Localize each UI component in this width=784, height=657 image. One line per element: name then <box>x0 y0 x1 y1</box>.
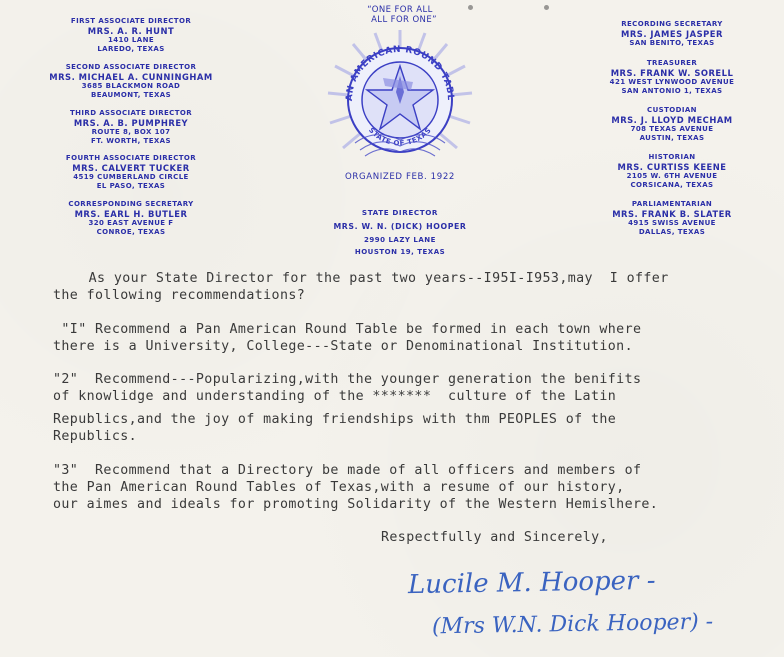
officer-corresponding-secretary: CORRESPONDING SECRETARY MRS. EARL H. BUT… <box>16 200 246 237</box>
officer-title: FOURTH ASSOCIATE DIRECTOR <box>16 154 246 163</box>
officer-third-associate-director: THIRD ASSOCIATE DIRECTOR MRS. A. B. PUMP… <box>16 109 246 146</box>
officer-title: SECOND ASSOCIATE DIRECTOR <box>16 63 246 72</box>
officer-name: MRS. MICHAEL A. CUNNINGHAM <box>16 72 246 82</box>
recommendation-2-line-3: Republics,and the joy of making friendsh… <box>53 412 616 429</box>
recommendation-2-line-1: "2" Recommend---Popularizing,with the yo… <box>53 372 641 389</box>
officer-name: MRS. EARL H. BUTLER <box>16 209 246 219</box>
officer-city: EL PASO, TEXAS <box>16 182 246 191</box>
officer-address: 3685 BLACKMON ROAD <box>16 82 246 91</box>
organized-date: ORGANIZED FEB. 1922 <box>300 172 500 182</box>
officer-address: 1410 LANE <box>16 36 246 45</box>
officer-title: PARLIAMENTARIAN <box>560 200 784 209</box>
officer-city: CORSICANA, TEXAS <box>560 181 784 190</box>
officer-city: LAREDO, TEXAS <box>16 45 246 54</box>
intro-line-2: the following recommendations? <box>53 288 305 305</box>
officer-name: MRS. A. B. PUMPHREY <box>16 118 246 128</box>
state-director-city: HOUSTON 19, TEXAS <box>300 248 500 256</box>
officer-name: MRS. CALVERT TUCKER <box>16 163 246 173</box>
officer-title: CUSTODIAN <box>560 106 784 115</box>
officer-title: TREASURER <box>560 59 784 68</box>
officer-address: 2105 W. 6TH AVENUE <box>560 172 784 181</box>
recommendation-1-line-1: "I" Recommend a Pan American Round Table… <box>53 322 641 339</box>
officer-name: MRS. FRANK B. SLATER <box>560 209 784 219</box>
recommendation-1-line-2: there is a University, College---State o… <box>53 339 633 356</box>
motto-line-1: “ONE FOR ALL <box>300 5 500 15</box>
intro-line-1: As your State Director for the past two … <box>55 271 669 288</box>
officer-city: AUSTIN, TEXAS <box>560 134 784 143</box>
recommendation-3-line-3: our aimes and ideals for promoting Solid… <box>53 497 658 514</box>
officer-name: MRS. FRANK W. SORELL <box>560 68 784 78</box>
officer-title: THIRD ASSOCIATE DIRECTOR <box>16 109 246 118</box>
state-director-title: STATE DIRECTOR <box>300 208 500 217</box>
signature-line-1: Lucile M. Hooper - <box>408 566 656 600</box>
state-director-address: 2990 LAZY LANE <box>300 236 500 244</box>
punch-hole-mark <box>544 5 549 10</box>
officer-city: BEAUMONT, TEXAS <box>16 91 246 100</box>
officer-recording-secretary: RECORDING SECRETARY MRS. JAMES JASPER SA… <box>560 20 784 48</box>
officer-name: MRS. A. R. HUNT <box>16 26 246 36</box>
officer-title: FIRST ASSOCIATE DIRECTOR <box>16 17 246 26</box>
officer-city: SAN ANTONIO 1, TEXAS <box>560 87 784 96</box>
officer-address: 421 WEST LYNWOOD AVENUE <box>560 78 784 87</box>
officer-city: SAN BENITO, TEXAS <box>560 39 784 48</box>
closing: Respectfully and Sincerely, <box>381 530 608 547</box>
officer-city: CONROE, TEXAS <box>16 228 246 237</box>
officer-address: 320 EAST AVENUE F <box>16 219 246 228</box>
motto-line-2: ALL FOR ONE” <box>308 15 500 25</box>
officer-parliamentarian: PARLIAMENTARIAN MRS. FRANK B. SLATER 491… <box>560 200 784 237</box>
officer-first-associate-director: FIRST ASSOCIATE DIRECTOR MRS. A. R. HUNT… <box>16 17 246 54</box>
state-director-name: MRS. W. N. (DICK) HOOPER <box>300 222 500 231</box>
recommendation-3-line-1: "3" Recommend that a Directory be made o… <box>53 463 641 480</box>
officer-address: 708 TEXAS AVENUE <box>560 125 784 134</box>
officer-name: MRS. J. LLOYD MECHAM <box>560 115 784 125</box>
recommendation-3-line-2: the Pan American Round Tables of Texas,w… <box>53 480 625 497</box>
round-table-seal-icon: PAN AMERICAN ROUND TABLE STATE OF TEXAS <box>325 28 475 173</box>
officer-title: RECORDING SECRETARY <box>560 20 784 29</box>
officer-name: MRS. JAMES JASPER <box>560 29 784 39</box>
recommendation-2-line-2: of knowlidge and understanding of the **… <box>53 389 616 406</box>
officer-title: HISTORIAN <box>560 153 784 162</box>
motto: “ONE FOR ALL ALL FOR ONE” <box>300 5 500 25</box>
officer-address: 4915 SWISS AVENUE <box>560 219 784 228</box>
officer-title: CORRESPONDING SECRETARY <box>16 200 246 209</box>
signature-line-2: (Mrs W.N. Dick Hooper) - <box>432 610 714 640</box>
officer-city: DALLAS, TEXAS <box>560 228 784 237</box>
officer-historian: HISTORIAN MRS. CURTISS KEENE 2105 W. 6TH… <box>560 153 784 190</box>
officer-address: ROUTE 8, BOX 107 <box>16 128 246 137</box>
officer-treasurer: TREASURER MRS. FRANK W. SORELL 421 WEST … <box>560 59 784 96</box>
officer-custodian: CUSTODIAN MRS. J. LLOYD MECHAM 708 TEXAS… <box>560 106 784 143</box>
officer-address: 4519 CUMBERLAND CIRCLE <box>16 173 246 182</box>
officer-fourth-associate-director: FOURTH ASSOCIATE DIRECTOR MRS. CALVERT T… <box>16 154 246 191</box>
officer-city: FT. WORTH, TEXAS <box>16 137 246 146</box>
officer-name: MRS. CURTISS KEENE <box>560 162 784 172</box>
officer-second-associate-director: SECOND ASSOCIATE DIRECTOR MRS. MICHAEL A… <box>16 63 246 100</box>
recommendation-2-line-4: Republics. <box>53 429 137 446</box>
